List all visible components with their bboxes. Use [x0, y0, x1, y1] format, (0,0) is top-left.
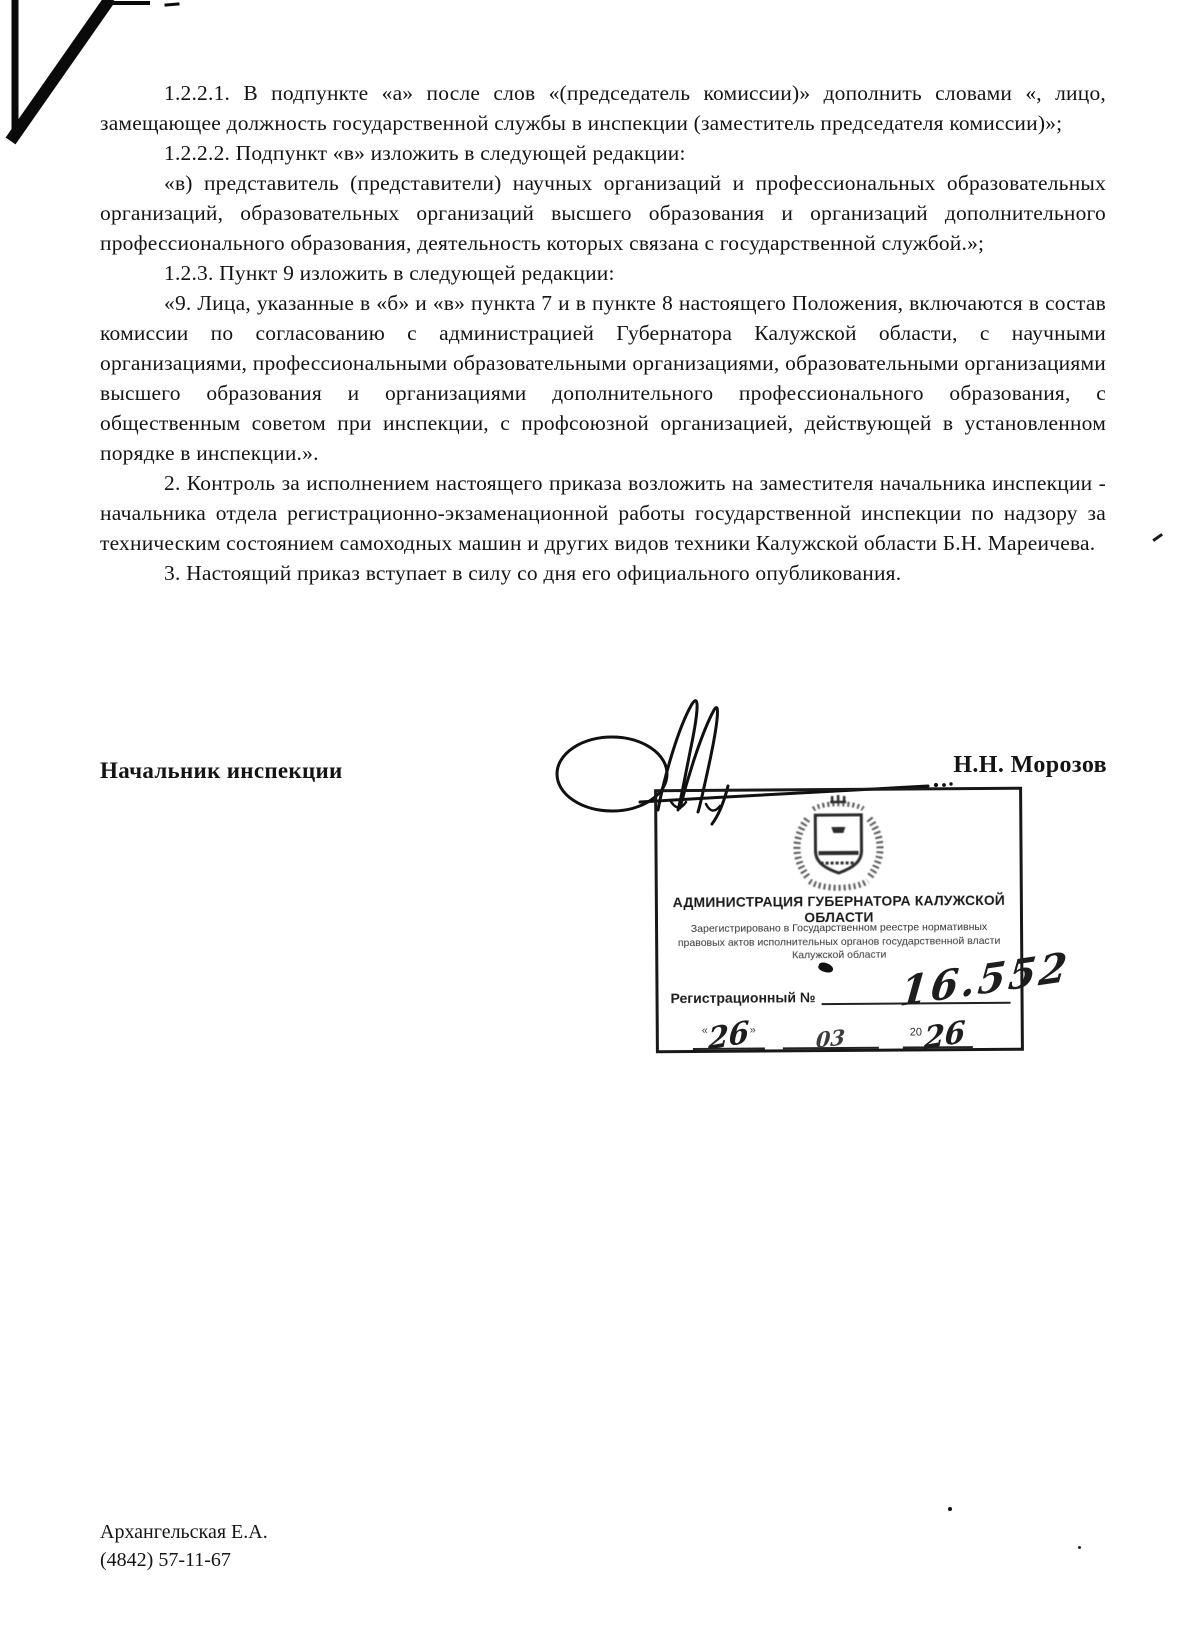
- signer-name: Н.Н. Морозов: [953, 752, 1107, 779]
- contact-name: Архангельская Е.А.: [100, 1518, 268, 1546]
- date-year-handwritten: 26: [924, 1014, 967, 1057]
- scan-speck-dot: [1078, 1546, 1081, 1549]
- registration-stamp: АДМИНИСТРАЦИЯ ГУБЕРНАТОРА КАЛУЖСКОЙ ОБЛА…: [654, 787, 1024, 1054]
- stamp-registered-line2: правовых актов исполнительных органов го…: [658, 934, 1020, 950]
- date-day-handwritten: 26: [708, 1015, 750, 1058]
- paragraph-effective-date: 3. Настоящий приказ вступает в силу со д…: [100, 558, 1106, 588]
- registration-number-line: 16.552: [821, 986, 1010, 1005]
- paragraph-123: 1.2.3. Пункт 9 изложить в следующей реда…: [100, 258, 1106, 288]
- quote-close: »: [750, 1024, 756, 1036]
- scan-speck-mark: [1152, 533, 1162, 541]
- date-year-field: 2026: [903, 1011, 973, 1048]
- scanned-document-page: 1.2.2.1. В подпункте «а» после слов «(пр…: [0, 0, 1200, 1644]
- contact-phone: (4842) 57-11-67: [100, 1546, 268, 1574]
- document-body: 1.2.2.1. В подпункте «а» после слов «(пр…: [100, 78, 1106, 588]
- stamp-date-row: «26» 03 2026: [693, 1011, 1005, 1050]
- date-month-handwritten: 03: [815, 1024, 846, 1053]
- date-month-field: 03: [783, 1022, 879, 1050]
- paragraph-control: 2. Контроль за исполнением настоящего пр…: [100, 468, 1106, 558]
- paragraph-1222: 1.2.2.2. Подпункт «в» изложить в следующ…: [100, 138, 1106, 168]
- date-day-field: «26»: [693, 1013, 765, 1051]
- stamp-registration-number-row: Регистрационный № 16.552: [670, 986, 1010, 1006]
- ink-blot: [817, 961, 834, 974]
- coat-of-arms-icon: [773, 793, 904, 894]
- paragraph-subitem-v: «в) представитель (представители) научны…: [100, 168, 1106, 258]
- date-year-prefix: 20: [910, 1026, 922, 1038]
- scan-speck-dot: [948, 1507, 952, 1511]
- quote-open: «: [702, 1025, 708, 1037]
- stamp-registered-text: Зарегистрировано в Государственном реест…: [658, 921, 1020, 964]
- paragraph-1221: 1.2.2.1. В подпункте «а» после слов «(пр…: [100, 78, 1106, 138]
- registration-number-label: Регистрационный №: [670, 989, 815, 1006]
- paragraph-item-9: «9. Лица, указанные в «б» и «в» пункта 7…: [100, 288, 1106, 468]
- signer-position-title: Начальник инспекции: [100, 758, 343, 784]
- footer-contact: Архангельская Е.А. (4842) 57-11-67: [100, 1518, 268, 1574]
